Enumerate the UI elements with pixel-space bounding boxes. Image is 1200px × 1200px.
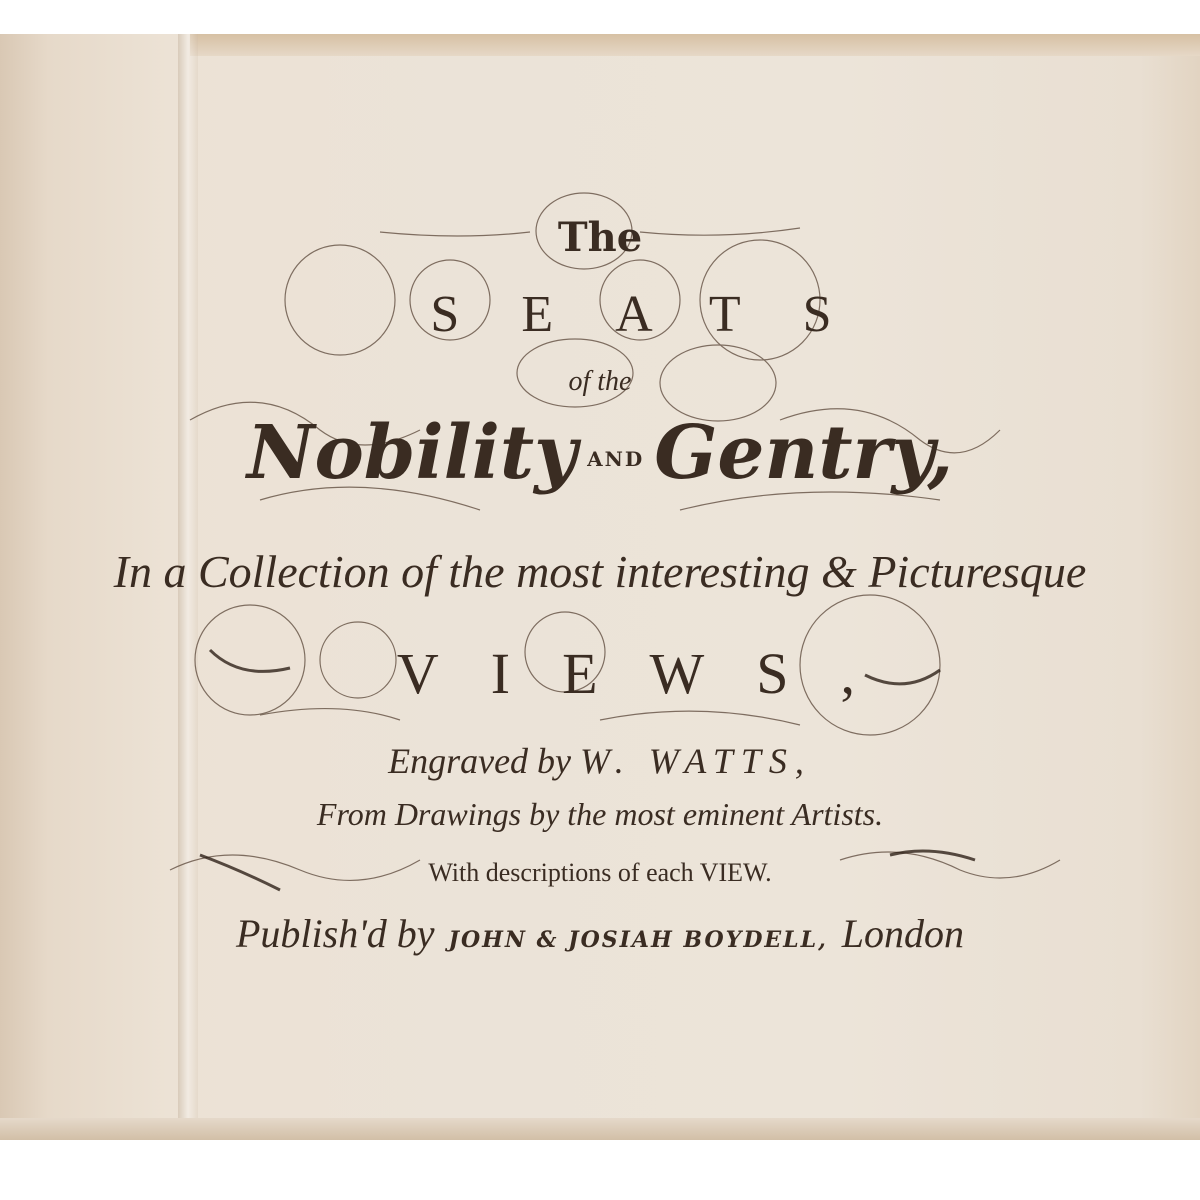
- published-by-label: Publish'd by: [236, 911, 435, 956]
- title-and: AND: [577, 447, 654, 471]
- descriptions-line: With descriptions of each VIEW.: [0, 858, 1200, 888]
- title-views: VIEWS,: [0, 640, 1200, 707]
- title-nobility-gentry: NobilityANDGentry,: [0, 410, 1200, 496]
- title-seats: SEATS: [0, 285, 1200, 344]
- title-the: The: [0, 214, 1200, 261]
- publisher-line: Publish'd byJOHN & JOSIAH BOYDELL,London: [0, 910, 1200, 957]
- engraved-by-label: Engraved by: [388, 741, 571, 781]
- publisher-name: JOHN & JOSIAH BOYDELL,: [435, 927, 842, 953]
- subtitle-collection: In a Collection of the most interesting …: [0, 545, 1200, 598]
- engraver-name: W. WATTS,: [580, 741, 812, 781]
- publication-place: London: [842, 911, 964, 956]
- title-gentry: Gentry,: [654, 410, 953, 496]
- calligraphic-flourishes: [0, 0, 1200, 1200]
- engraver-line: Engraved by W. WATTS,: [0, 740, 1200, 782]
- title-of-the: of the: [0, 366, 1200, 398]
- title-nobility: Nobility: [247, 410, 577, 496]
- from-drawings-line: From Drawings by the most eminent Artist…: [0, 796, 1200, 833]
